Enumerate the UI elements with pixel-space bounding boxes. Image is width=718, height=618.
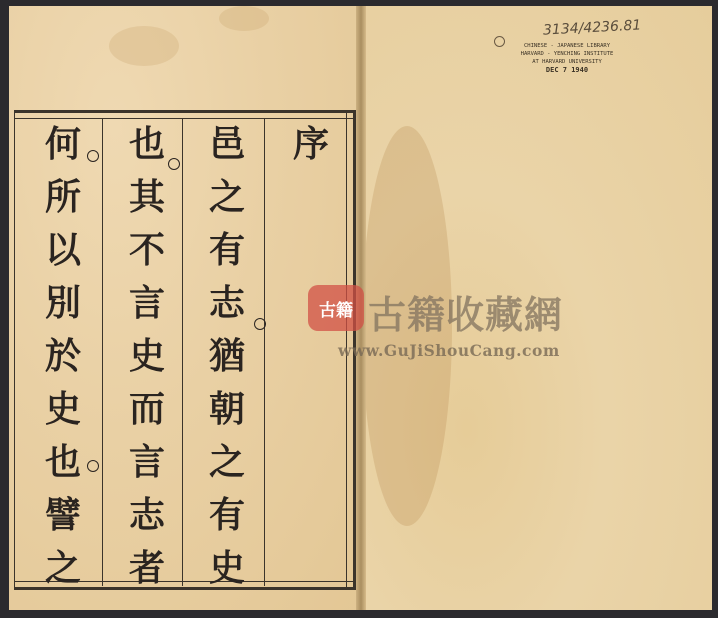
watermark-title: 古籍收藏網: [368, 284, 563, 339]
char: 之: [209, 171, 245, 224]
heading-column: 序: [276, 118, 346, 171]
stamp-line: AT HARVARD UNIVERSITY: [512, 58, 622, 66]
char: 也: [129, 118, 165, 171]
punctuation-circle-icon: [87, 460, 99, 472]
paper-stain: [219, 6, 269, 31]
section-heading: 序: [293, 118, 329, 171]
char: 朝: [209, 383, 245, 436]
frame-border-left: [14, 110, 17, 590]
char: 何: [45, 118, 81, 171]
punctuation-circle-icon: [168, 158, 180, 170]
library-stamp: CHINESE - JAPANESE LIBRARY HARVARD - YEN…: [512, 42, 622, 74]
char: 史: [209, 542, 245, 595]
char: 者: [129, 542, 165, 595]
char: 於: [45, 330, 81, 383]
char: 不: [129, 224, 165, 277]
char: 言: [129, 277, 165, 330]
char: 也: [45, 436, 81, 489]
text-column-2: 也 其 不 言 史 而 言 志 者: [112, 118, 182, 595]
text-column-1: 邑 之 有 志 猶 朝 之 有 史: [192, 118, 262, 595]
stamp-line: HARVARD - YENCHING INSTITUTE: [512, 50, 622, 58]
paper-stain: [109, 26, 179, 66]
char: 而: [129, 383, 165, 436]
column-divider: [182, 118, 183, 586]
char: 之: [45, 542, 81, 595]
text-frame: 序 邑 之 有 志 猶 朝 之 有 史 也 其 不 言 史 而 言 志 者 何 …: [14, 110, 356, 590]
pencil-circle-mark: [494, 36, 505, 47]
stamp-line: CHINESE - JAPANESE LIBRARY: [512, 42, 622, 50]
punctuation-circle-icon: [87, 150, 99, 162]
column-divider: [102, 118, 103, 586]
watermark-url: www.GuJiShouCang.com: [338, 341, 560, 360]
char: 以: [45, 224, 81, 277]
char: 志: [129, 489, 165, 542]
char: 史: [45, 383, 81, 436]
watermark-logo-icon: 古籍: [308, 285, 364, 331]
char: 譬: [45, 489, 81, 542]
char: 之: [209, 436, 245, 489]
char: 史: [129, 330, 165, 383]
char: 猶: [209, 330, 245, 383]
char: 有: [209, 489, 245, 542]
column-divider: [264, 118, 265, 586]
text-column-3: 何 所 以 別 於 史 也 譬 之: [28, 118, 98, 595]
char: 有: [209, 224, 245, 277]
char: 所: [45, 171, 81, 224]
stamp-date: DEC 7 1940: [512, 66, 622, 74]
watermark-logo-text: 古籍: [319, 296, 353, 321]
char: 其: [129, 171, 165, 224]
char: 別: [45, 277, 81, 330]
char: 言: [129, 436, 165, 489]
char: 邑: [209, 118, 245, 171]
punctuation-circle-icon: [254, 318, 266, 330]
char: 志: [209, 277, 245, 330]
